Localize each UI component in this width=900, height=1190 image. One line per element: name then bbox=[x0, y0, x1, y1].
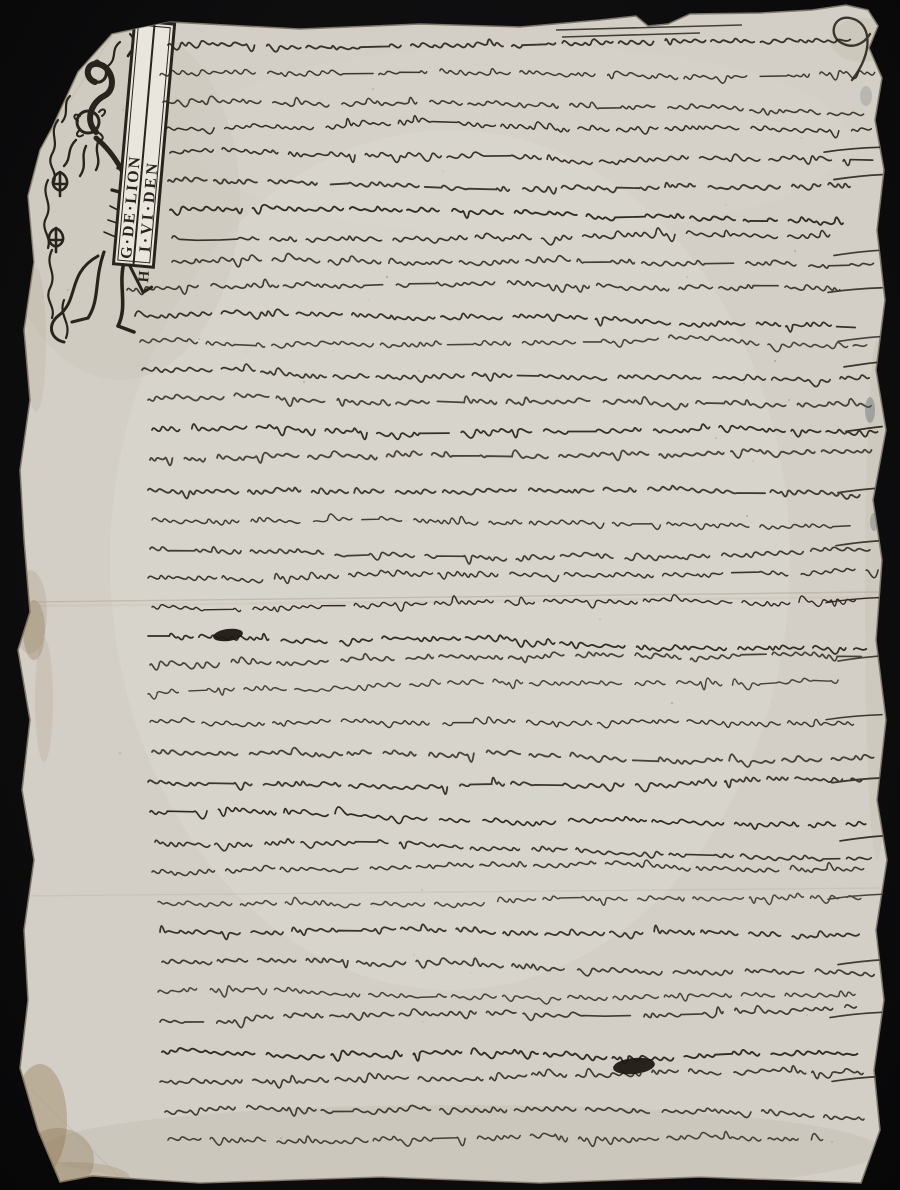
dust-speck bbox=[122, 109, 123, 110]
dust-speck bbox=[317, 840, 318, 841]
dust-speck bbox=[218, 1009, 219, 1010]
dust-speck bbox=[831, 1141, 833, 1143]
dust-speck bbox=[66, 324, 68, 326]
dust-speck bbox=[98, 78, 99, 79]
manuscript-photo: G·DE·LION I·VI·DEN H bbox=[0, 0, 900, 1190]
dust-speck bbox=[566, 271, 567, 272]
dust-speck bbox=[209, 551, 211, 553]
dust-speck bbox=[498, 211, 500, 213]
dust-speck bbox=[800, 137, 802, 139]
dust-speck bbox=[536, 43, 538, 45]
dust-speck bbox=[245, 351, 246, 352]
dust-speck bbox=[671, 702, 673, 704]
dust-speck bbox=[119, 752, 122, 755]
dust-speck bbox=[422, 1021, 424, 1023]
dust-speck bbox=[372, 88, 374, 90]
dust-speck bbox=[824, 723, 825, 724]
dust-speck bbox=[794, 250, 796, 252]
dust-speck bbox=[386, 276, 388, 278]
dust-speck bbox=[67, 289, 68, 290]
dust-speck bbox=[303, 381, 305, 383]
stamp-band-letter-bottom: H bbox=[136, 270, 153, 283]
dust-speck bbox=[349, 715, 350, 716]
dust-speck bbox=[686, 276, 688, 278]
dust-speck bbox=[270, 548, 272, 550]
dust-speck bbox=[746, 515, 748, 517]
dust-speck bbox=[406, 521, 407, 522]
dust-speck bbox=[810, 571, 811, 572]
dust-speck bbox=[214, 493, 215, 494]
dust-speck bbox=[442, 170, 443, 171]
dust-speck bbox=[547, 242, 548, 243]
dust-speck bbox=[137, 291, 138, 292]
dust-speck bbox=[421, 889, 424, 892]
dust-speck bbox=[198, 338, 200, 340]
dust-speck bbox=[788, 399, 790, 401]
dust-speck bbox=[825, 880, 826, 881]
dust-speck bbox=[832, 429, 833, 430]
dust-speck bbox=[599, 618, 600, 619]
dust-speck bbox=[413, 954, 414, 955]
dust-speck bbox=[541, 839, 542, 840]
dust-speck bbox=[715, 437, 717, 439]
photo-background: G·DE·LION I·VI·DEN H bbox=[0, 0, 900, 1190]
dust-speck bbox=[470, 972, 471, 973]
dust-speck bbox=[774, 360, 776, 362]
dust-speck bbox=[752, 460, 753, 461]
dust-speck bbox=[280, 1137, 282, 1139]
dust-speck bbox=[418, 370, 420, 372]
dust-speck bbox=[743, 382, 745, 384]
dust-speck bbox=[725, 204, 726, 205]
dust-speck bbox=[747, 372, 748, 373]
dust-speck bbox=[570, 32, 571, 33]
dust-speck bbox=[830, 445, 831, 446]
dust-speck bbox=[484, 117, 485, 118]
dust-speck bbox=[806, 1014, 808, 1016]
dust-speck bbox=[405, 383, 406, 384]
dust-speck bbox=[369, 300, 370, 301]
dust-speck bbox=[869, 837, 870, 838]
